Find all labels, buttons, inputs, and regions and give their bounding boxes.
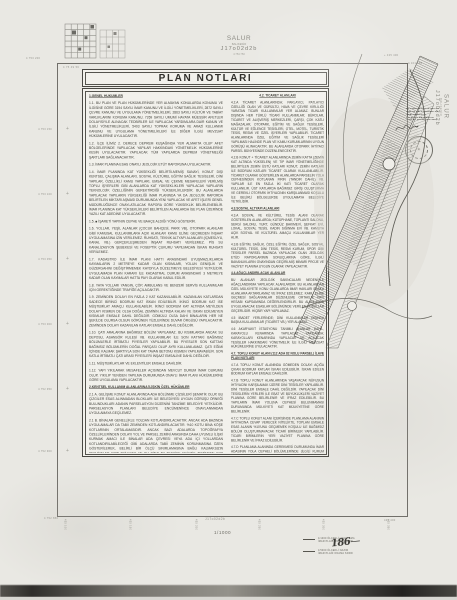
- grid-cross-icon: +: [66, 386, 69, 392]
- plan-note-paragraph: 1.9. ZEMİNDEN DOLAYI EN FAZLA 2 KAT KAZA…: [89, 295, 223, 328]
- corner-coordinate-label: 4 753 200: [26, 57, 40, 60]
- index-map-grids: [64, 23, 126, 70]
- plan-note-paragraph: 4.7.D PLANLAMA ALANINDA GEREKMESİ DURUMU…: [231, 446, 324, 453]
- sheet-header: SALUR BALIKESİR J17o02d2b 4 754 750: [208, 36, 270, 57]
- sheet-coordinate-label: 4 754 750: [208, 54, 270, 57]
- map-scale-label: 1/1000: [214, 530, 231, 535]
- grid-mark: 4 753 050 +: [28, 258, 70, 264]
- plan-note-paragraph: 4.7.A TOPLU KONUT ALANINDA GÖMEDEN DOLAY…: [231, 363, 324, 376]
- scanned-plan-sheet: { "title": "PLAN NOTLARI", "header": { "…: [0, 0, 457, 600]
- corner-coordinate-label: 435 400: [384, 519, 395, 522]
- grid-coordinate-label: 4 752 950: [28, 388, 52, 391]
- notes-columns: 1.GENEL HÜKÜMLER1.1. BU PLAN VE PLAN HÜK…: [89, 94, 324, 453]
- grid-coordinate-label: 435 300: [321, 519, 324, 530]
- plan-note-paragraph: 2.1 B. BİNALAR GENELLİKLE YOLDAN KOTLAND…: [89, 418, 223, 453]
- notes-column-left: 1.GENEL HÜKÜMLER1.1. BU PLAN VE PLAN HÜK…: [89, 94, 223, 453]
- grid-coordinate-label: 435 100: [63, 519, 66, 530]
- sheet-number-label: J17o02d2b: [208, 47, 270, 53]
- plan-note-paragraph: 1.6. YOLLAR, YEŞİL ALANLAR (ÇOCUK BAHÇES…: [89, 227, 223, 255]
- grid-mark: 4 753 000 +: [28, 323, 70, 329]
- legend-label: 1/5000 ÖLÇEKLİ NAZIM İMAR PLANI ONAMA SI…: [318, 549, 353, 555]
- legend-row: 1/5000 ÖLÇEKLİ NAZIM İMAR PLANI ONAMA SI…: [303, 549, 353, 555]
- legend-line-symbol: [303, 539, 315, 540]
- plan-note-paragraph: 4.7.C TOPLU KONUT ALANI İÇERİSİNDE PLANL…: [231, 417, 324, 443]
- plan-note-paragraph: 2.1 A. GELİŞME KONUT ALANLARINDA ADA BÖL…: [89, 392, 223, 416]
- plan-note-paragraph: 1.12. YAPI YIKILARAK MESAFELER AÇISINDAN…: [89, 369, 223, 383]
- index-map-grid-icon: [64, 23, 126, 65]
- plan-note-paragraph: 1.10. ÇATI ARALARINA BAĞIMSIZ BÖLÜM YAPI…: [89, 331, 223, 359]
- grid-coordinate-label: 4 753 000: [28, 323, 52, 326]
- grid-cross-icon: +: [66, 256, 69, 262]
- grid-coordinate-label: 4 752 900: [28, 450, 52, 453]
- corner-coordinate-label: 4 752 850: [44, 517, 58, 520]
- plan-note-paragraph: 1.8. YAYA YOLLARI YANGIN, ÇÖP, AMBULANS …: [89, 283, 223, 292]
- grid-coordinate-label: 435 200: [194, 519, 197, 530]
- road-junction-sketch: [292, 48, 444, 350]
- grid-coordinate-label: 435 250: [257, 519, 260, 530]
- plan-note-paragraph: 1.5. ■ İŞARETİ YAPININ CEPHE VE BAHÇE AL…: [89, 219, 223, 224]
- grid-coordinate-label: 4 753 150: [28, 128, 52, 131]
- grid-cross-icon: +: [66, 321, 69, 327]
- grid-coordinate-label: 435 150: [128, 519, 131, 530]
- plan-note-paragraph: 4.7.B TOPLU KONUT ALANLARINDA YAŞAYACAK …: [231, 379, 324, 414]
- legend-line-symbol: [303, 551, 315, 552]
- grid-mark: 4 753 100 +: [28, 193, 70, 199]
- grid-mark: 4 753 150 +: [28, 128, 70, 134]
- plan-note-paragraph: 1.GENEL HÜKÜMLER: [89, 94, 223, 99]
- grid-cross-icon: +: [66, 126, 69, 132]
- plan-note-paragraph: 4.7. TOPLU KONUT ALANI (112 ADA 82 NOLU …: [231, 352, 324, 361]
- grid-coordinate-label: 4 753 100: [28, 193, 52, 196]
- scanner-shadow-band: [0, 585, 457, 597]
- plan-note-paragraph: 1.7. KADASTRO İLE İMAR PLANI HATTI ARASI…: [89, 257, 223, 281]
- handwritten-page-number: 186—: [331, 536, 361, 550]
- grid-mark: 4 752 900 +: [28, 450, 70, 456]
- plan-note-paragraph: 1.4. İMAR PLANINDA KAT YÜKSEKLİĞİ BELİRT…: [89, 170, 223, 217]
- grid-cross-icon: +: [66, 448, 69, 454]
- plan-note-paragraph: 1.3. İMAR PLANINA ESAS ONAYLI JEOLOJİK E…: [89, 163, 223, 168]
- grid-mark: 4 752 950 +: [28, 388, 70, 394]
- grid-cross-icon: +: [66, 191, 69, 197]
- plan-note-paragraph: 2.KENTSEL KULLANIM ALANLARINA İLİŞKİN ÖZ…: [89, 385, 223, 390]
- grid-coordinate-label: 4 753 050: [28, 258, 52, 261]
- plan-note-paragraph: 1.1. BU PLAN VE PLAN HÜKÜMLERİNDE YER AL…: [89, 101, 223, 139]
- footer-sheet-number: J17o02d2b: [205, 517, 225, 521]
- plan-note-paragraph: 1.2. İLÇE İLİMİZ 2. DERECE DEPREM KUŞAĞI…: [89, 141, 223, 160]
- page-title: PLAN NOTLARI: [159, 73, 253, 84]
- plan-note-paragraph: 1.11. MÜŞTEMİLATLAR VE EKLENTİLER EMSALE…: [89, 361, 223, 366]
